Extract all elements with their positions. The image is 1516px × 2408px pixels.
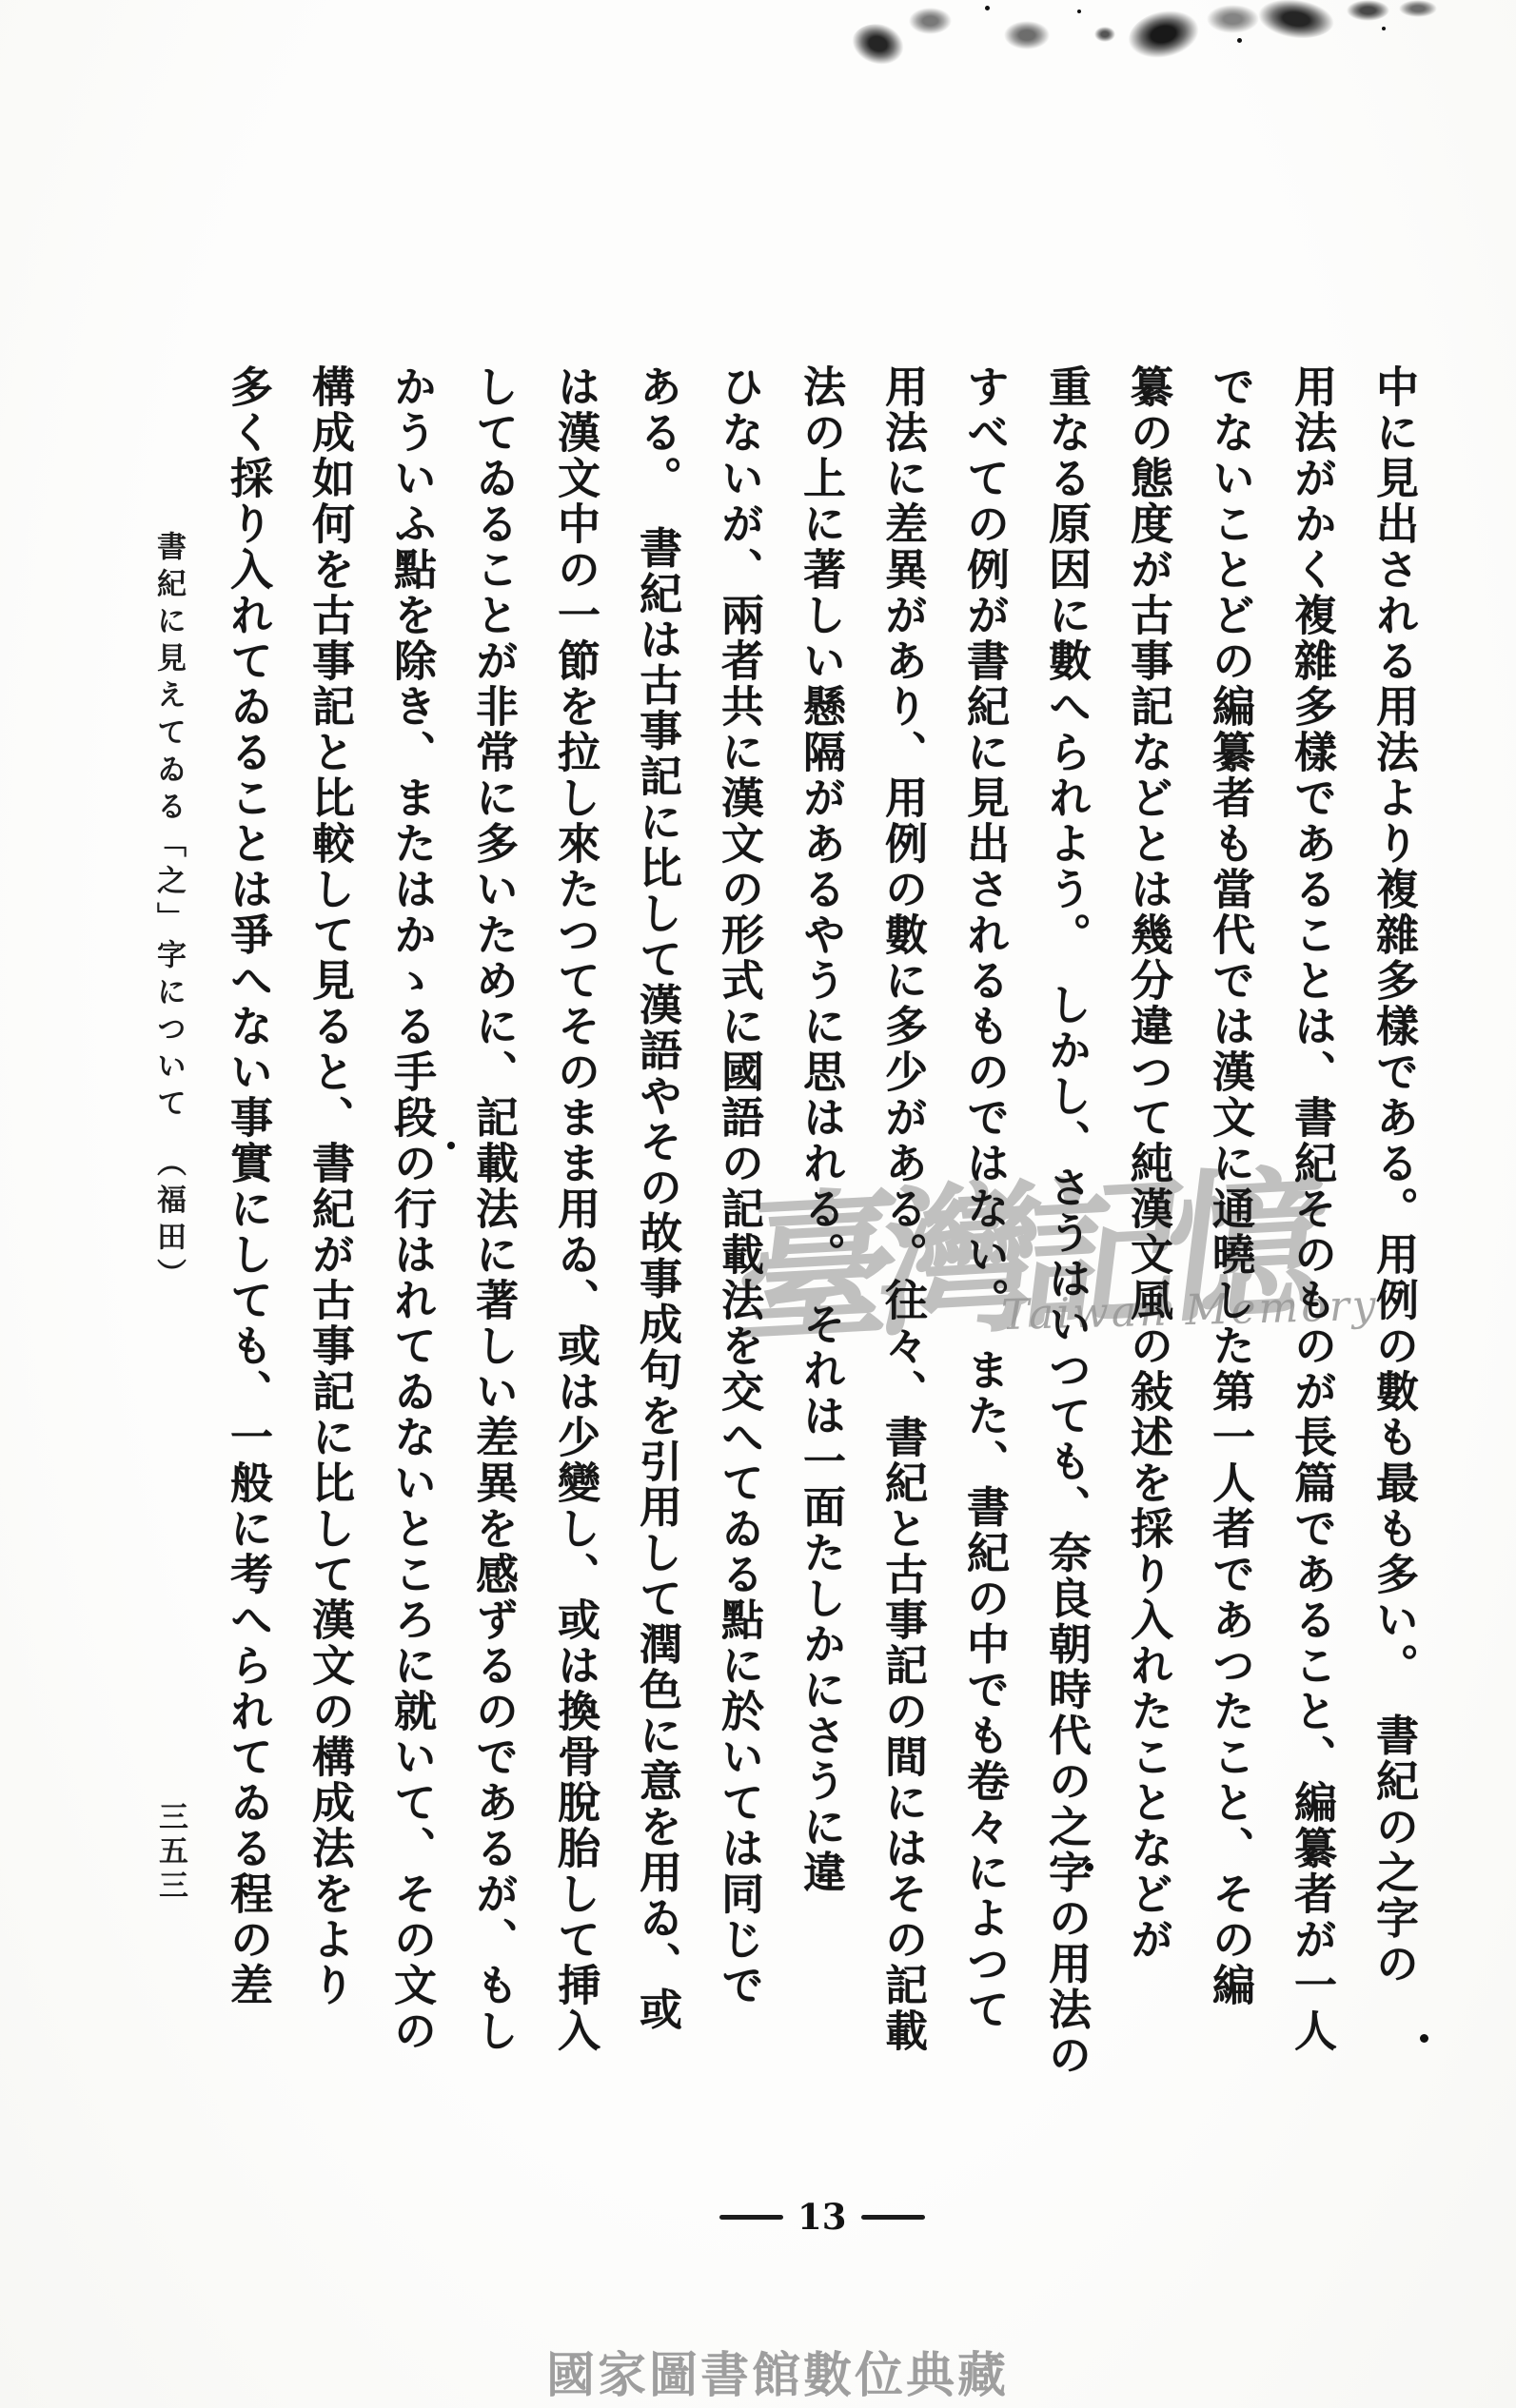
text-column-15: 多く採り入れてゐることは爭へない事實にしても、一般に考へられてゐる程の差 xyxy=(207,364,288,2167)
ink-smudge xyxy=(1124,5,1203,65)
text-column-6: すべての例が書紀に見出されるものではない。 また、書紀の中でも卷々によつて xyxy=(943,364,1025,2167)
ink-smudge xyxy=(1256,0,1337,43)
footer-dash-left xyxy=(719,2215,783,2220)
text-column-8: 法の上に著しい懸隔があるやうに思はれる。 それは一面たしかにさうに違 xyxy=(779,364,861,2167)
scanned-document-page: 臺灣記憶 Taiwan Memory 中に見出される用法より複雜多樣である。用例… xyxy=(0,0,1516,2408)
ink-smudge xyxy=(847,17,909,71)
ink-smudge xyxy=(1004,21,1050,49)
ink-smudge xyxy=(1094,27,1115,42)
ink-speck xyxy=(985,6,990,10)
emphasis-dot xyxy=(447,1142,455,1149)
text-column-9: ひないが、兩者共に漢文の形式に國語の記載法を交へてゐる點に於いては同じで xyxy=(698,364,779,2167)
text-column-5: 重なる原因に數へられよう。 しかし、さうはいつても、奈良朝時代の之字の用法の xyxy=(1025,364,1107,2167)
footer-dash-right xyxy=(861,2215,925,2220)
emphasis-dot xyxy=(1420,2034,1428,2043)
running-title: 書紀に見えてゐる「之」字について （福田） xyxy=(148,531,190,1482)
folio-number-kanji: 三五三 xyxy=(149,1801,192,1904)
emphasis-dot xyxy=(1085,1863,1093,1871)
footer-page-number-text: 13 xyxy=(797,2200,847,2235)
vertical-text-block: 中に見出される用法より複雜多樣である。用例の數も最も多い。 書紀の之字の 用法が… xyxy=(207,364,1434,2167)
text-column-3: でないことどの編纂者も當代では漢文に通曉した第一人者であつたこと、その編 xyxy=(1189,364,1270,2167)
ink-speck xyxy=(1237,38,1242,43)
text-column-12: してゐることが非常に多いために、記載法に著しい差異を感ずるのであるが、もし xyxy=(452,364,534,2167)
ink-smudge xyxy=(909,8,952,34)
text-column-10: ある。 書紀は古事記に比して漢語やその故事成句を引用して潤色に意を用ゐ、或 xyxy=(616,364,698,2167)
text-column-1: 中に見出される用法より複雜多樣である。用例の數も最も多い。 書紀の之字の xyxy=(1352,364,1434,2167)
text-column-11: は漢文中の一節を拉し來たつてそのまま用ゐ、或は少變し、或は換骨脫胎して挿入 xyxy=(534,364,616,2167)
ink-smudge xyxy=(1207,5,1259,33)
text-column-4: 纂の態度が古事記などとは幾分違つて純漢文風の敍述を採り入れたことなどが xyxy=(1107,364,1189,2167)
text-column-13: かういふ點を除き、またはかゝる手段の行はれてゐないところに就いて、その文の xyxy=(370,364,452,2167)
ink-speck xyxy=(1382,27,1386,30)
library-stamp: 國家圖書館數位典藏 xyxy=(546,2336,1009,2406)
ink-smudge xyxy=(1347,0,1389,21)
text-column-7: 用法に差異があり、用例の數に多少がある。往々、書紀と古事記の間にはその記載 xyxy=(861,364,943,2167)
footer-page-number: 13 xyxy=(719,2200,925,2235)
text-column-14: 構成如何を古事記と比較して見ると、書紀が古事記に比して漢文の構成法をより xyxy=(288,364,370,2167)
ink-speck xyxy=(1077,10,1081,13)
ink-smudge xyxy=(1399,0,1437,17)
text-column-2: 用法がかく複雜多樣であることは、書紀そのものが長篇であること、編纂者が一人 xyxy=(1270,364,1352,2167)
